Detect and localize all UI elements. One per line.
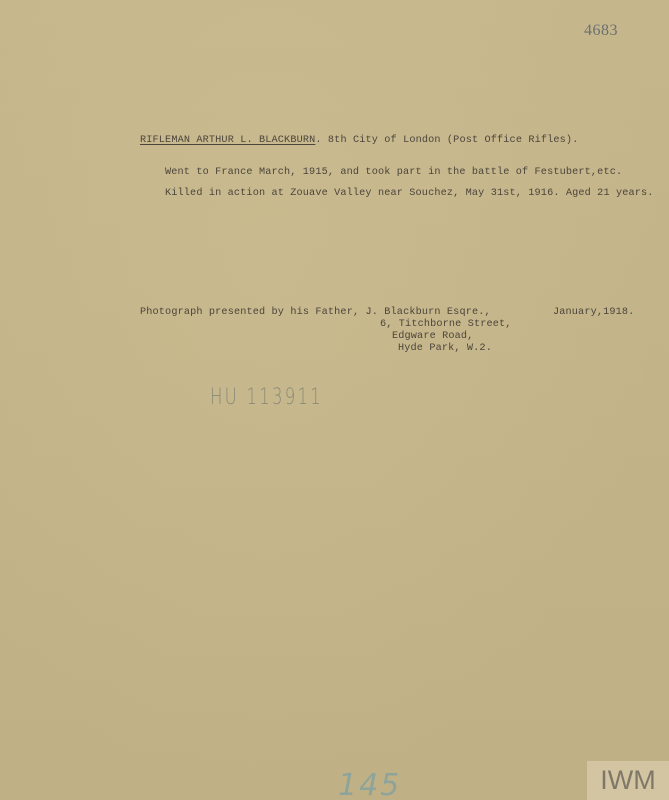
heading: RIFLEMAN ARTHUR L. BLACKBURN. 8th City o… — [140, 135, 578, 146]
soldier-name: RIFLEMAN ARTHUR L. BLACKBURN — [140, 135, 315, 146]
reference-number: 4683 — [584, 22, 618, 40]
death-line: Killed in action at Zouave Valley near S… — [165, 188, 654, 199]
document-page: 4683 RIFLEMAN ARTHUR L. BLACKBURN. 8th C… — [0, 0, 669, 800]
iwm-watermark: IWM — [587, 761, 669, 800]
service-line: Went to France March, 1915, and took par… — [165, 167, 622, 178]
address-line-1: 6, Titchborne Street, — [380, 319, 512, 330]
presentation-line: Photograph presented by his Father, J. B… — [140, 307, 491, 318]
address-line-3: Hyde Park, W.2. — [398, 343, 492, 354]
handwritten-page-number: 145 — [338, 768, 401, 800]
address-line-2: Edgware Road, — [392, 331, 473, 342]
soldier-unit: . 8th City of London (Post Office Rifles… — [315, 135, 578, 146]
handwritten-accession-number: HU 113911 — [210, 385, 323, 410]
presentation-date: January,1918. — [553, 307, 634, 318]
